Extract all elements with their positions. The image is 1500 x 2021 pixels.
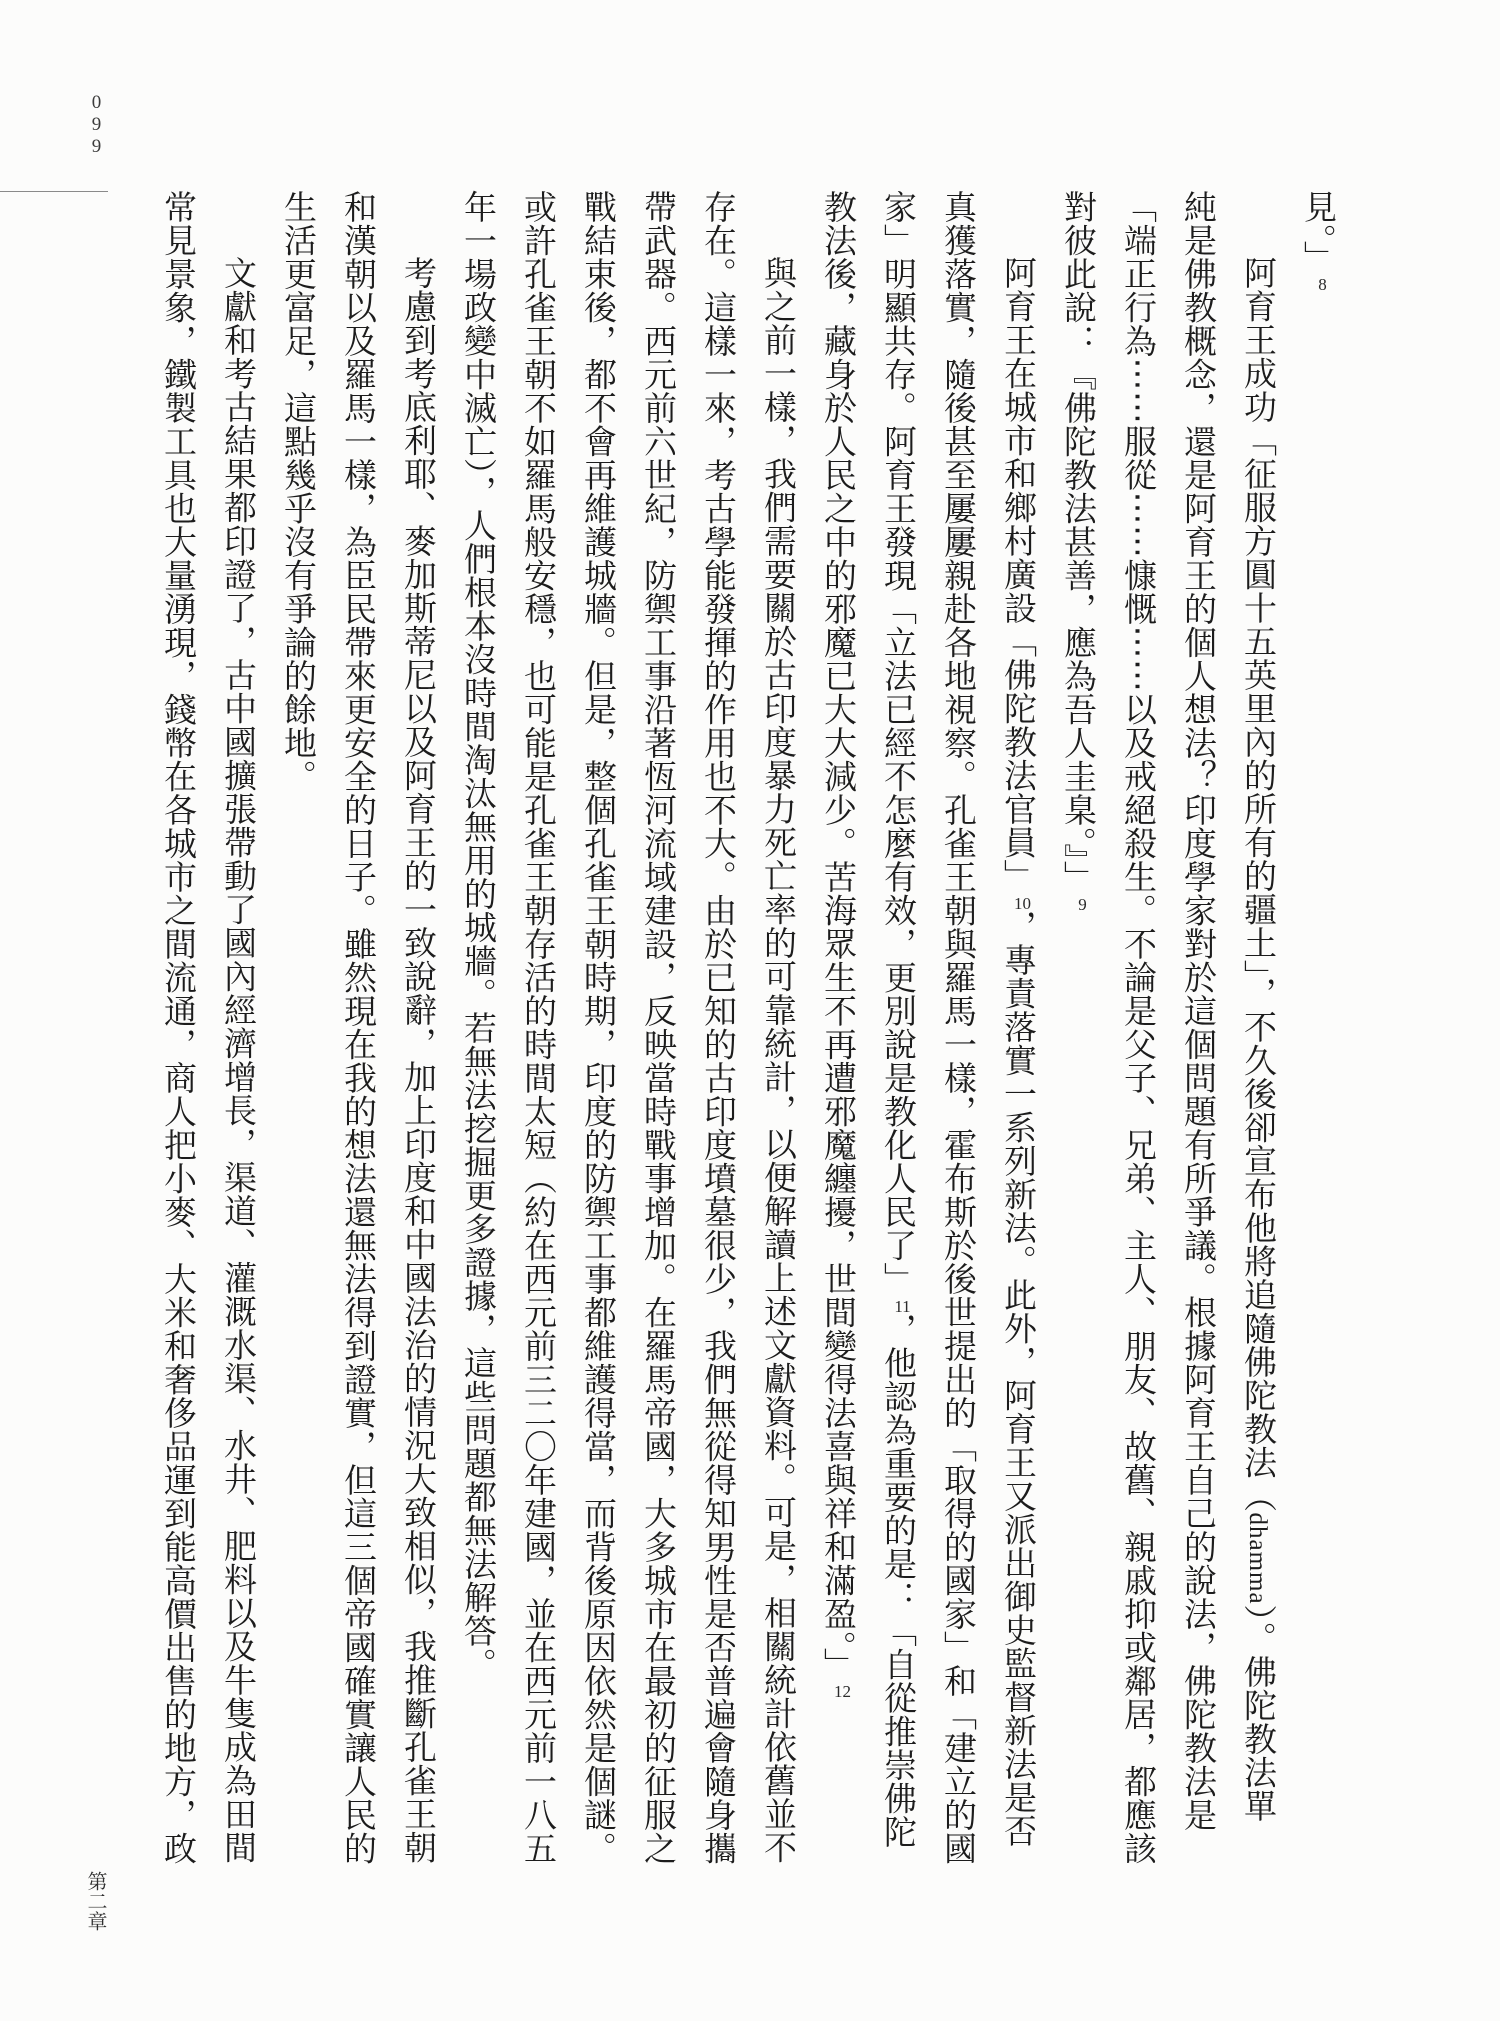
column-text: 或許孔雀王朝不如羅馬般安穩，也可能是孔雀王朝存活的時間太短（約在西元前三二〇年建…	[519, 190, 555, 1865]
text-column-14: 或許孔雀王朝不如羅馬般安穩，也可能是孔雀王朝存活的時間太短（約在西元前三二〇年建…	[507, 190, 567, 1850]
column-text: ，他認為重要的是：「自從推崇佛陀	[879, 1313, 915, 1849]
text-column-13: 戰結束後，都不會再維護城牆。但是，整個孔雀王朝時期，印度的防禦工事都維護得當，而…	[567, 190, 627, 1850]
column-text: 對彼此說：『佛陀教法甚善，應為吾人圭臬。』」	[1059, 190, 1095, 894]
column-text: 存在。這樣一來，考古學能發揮的作用也不大。由於已知的古印度墳墓很少，我們無從得知…	[699, 190, 735, 1865]
text-column-1: 見。」8	[1287, 190, 1347, 1850]
column-text: 文獻和考古結果都印證了，古中國擴張帶動了國內經濟增長，渠道、灌溉水渠、水井、肥料…	[219, 256, 255, 1864]
text-column-18: 生活更富足，這點幾乎沒有爭論的餘地。	[267, 190, 327, 1850]
column-text: ）。佛陀教法單	[1239, 1605, 1275, 1823]
text-column-3: 純是佛教概念，還是阿育王的個人想法？印度學家對於這個問題有所爭議。根據阿育王自己…	[1167, 190, 1227, 1850]
text-column-17: 和漢朝以及羅馬一樣，為臣民帶來更安全的日子。雖然現在我的想法還無法得到證實，但這…	[327, 190, 387, 1850]
text-column-20: 常見景象，鐵製工具也大量湧現，錢幣在各城市之間流通，商人把小麥、大米和奢侈品運到…	[147, 190, 207, 1850]
text-column-19: 文獻和考古結果都印證了，古中國擴張帶動了國內經濟增長，渠道、灌溉水渠、水井、肥料…	[207, 190, 267, 1850]
column-text: 見。」	[1299, 190, 1335, 274]
column-text: 「端正行為⋯⋯服從⋯⋯慷慨⋯⋯以及戒絕殺生。不論是父子、兄弟、主人、朋友、故舊、…	[1119, 190, 1155, 1865]
text-column-10: 與之前一樣，我們需要關於古印度暴力死亡率的可靠統計，以便解讀上述文獻資料。可是，…	[747, 190, 807, 1850]
column-text: 阿育王成功「征服方圓十五英里內的所有的疆土」，不久後卻宣布他將追隨佛陀教法（	[1239, 256, 1275, 1513]
column-text: 與之前一樣，我們需要關於古印度暴力死亡率的可靠統計，以便解讀上述文獻資料。可是，…	[759, 256, 795, 1864]
column-text: 年一場政變中滅亡），人們根本沒時間淘汰無用的城牆。若無法挖掘更多證據，這些問題都…	[459, 190, 495, 1681]
text-column-15: 年一場政變中滅亡），人們根本沒時間淘汰無用的城牆。若無法挖掘更多證據，這些問題都…	[447, 190, 507, 1850]
text-column-9: 教法後，藏身於人民之中的邪魔已大大減少。苦海眾生不再遭邪魔纏擾，世間變得法喜與祥…	[807, 190, 867, 1850]
text-column-8: 家」明顯共存。阿育王發現「立法已經不怎麼有效，更別說是教化人民了」11，他認為重…	[867, 190, 927, 1850]
column-text: 和漢朝以及羅馬一樣，為臣民帶來更安全的日子。雖然現在我的想法還無法得到證實，但這…	[339, 190, 375, 1865]
text-columns: 見。」8阿育王成功「征服方圓十五英里內的所有的疆土」，不久後卻宣布他將追隨佛陀教…	[147, 190, 1347, 1850]
text-column-5: 對彼此說：『佛陀教法甚善，應為吾人圭臬。』」9	[1047, 190, 1107, 1850]
text-column-11: 存在。這樣一來，考古學能發揮的作用也不大。由於已知的古印度墳墓很少，我們無從得知…	[687, 190, 747, 1850]
footnote-ref: 12	[833, 1683, 852, 1700]
margin-rule	[0, 191, 108, 192]
column-text: 常見景象，鐵製工具也大量湧現，錢幣在各城市之間流通，商人把小麥、大米和奢侈品運到…	[159, 190, 195, 1865]
text-column-2: 阿育王成功「征服方圓十五英里內的所有的疆土」，不久後卻宣布他將追隨佛陀教法（dh…	[1227, 190, 1287, 1850]
column-text: ，專責落實一系列新法。此外，阿育王又派出御史監督新法是否	[999, 910, 1035, 1848]
column-text: 阿育王在城市和鄉村廣設「佛陀教法官員」	[999, 256, 1035, 893]
column-text: 考慮到考底利耶、麥加斯蒂尼以及阿育王的一致說辭，加上印度和中國法治的情況大致相似…	[399, 256, 435, 1864]
book-page: 099 見。」8阿育王成功「征服方圓十五英里內的所有的疆土」，不久後卻宣布他將追…	[0, 0, 1500, 2021]
footnote-ref: 8	[1313, 276, 1332, 293]
footnote-ref: 11	[893, 1298, 912, 1315]
text-column-16: 考慮到考底利耶、麥加斯蒂尼以及阿育王的一致說辭，加上印度和中國法治的情況大致相似…	[387, 190, 447, 1850]
column-text: 家」明顯共存。阿育王發現「立法已經不怎麼有效，更別說是教化人民了」	[879, 190, 915, 1296]
column-text: 教法後，藏身於人民之中的邪魔已大大減少。苦海眾生不再遭邪魔纏擾，世間變得法喜與祥…	[819, 190, 855, 1681]
column-text: 帶武器。西元前六世紀，防禦工事沿著恆河流域建設，反映當時戰事增加。在羅馬帝國，大…	[639, 190, 675, 1865]
footnote-ref: 10	[1013, 895, 1032, 912]
footnote-ref: 9	[1073, 896, 1092, 913]
page-number: 099	[85, 92, 107, 158]
text-column-4: 「端正行為⋯⋯服從⋯⋯慷慨⋯⋯以及戒絕殺生。不論是父子、兄弟、主人、朋友、故舊、…	[1107, 190, 1167, 1850]
text-column-12: 帶武器。西元前六世紀，防禦工事沿著恆河流域建設，反映當時戰事增加。在羅馬帝國，大…	[627, 190, 687, 1850]
column-text: 生活更富足，這點幾乎沒有爭論的餘地。	[279, 190, 315, 793]
text-column-7: 真獲落實，隨後甚至屢屢親赴各地視察。孔雀王朝與羅馬一樣，霍布斯於後世提出的「取得…	[927, 190, 987, 1850]
text-column-6: 阿育王在城市和鄉村廣設「佛陀教法官員」10，專責落實一系列新法。此外，阿育王又派…	[987, 190, 1047, 1850]
chapter-label: 第二章	[81, 1871, 110, 1931]
column-text: 真獲落實，隨後甚至屢屢親赴各地視察。孔雀王朝與羅馬一樣，霍布斯於後世提出的「取得…	[939, 190, 975, 1865]
latin-text: dhamma	[1244, 1513, 1271, 1605]
column-text: 戰結束後，都不會再維護城牆。但是，整個孔雀王朝時期，印度的防禦工事都維護得當，而…	[579, 190, 615, 1865]
column-text: 純是佛教概念，還是阿育王的個人想法？印度學家對於這個問題有所爭議。根據阿育王自己…	[1179, 190, 1215, 1832]
